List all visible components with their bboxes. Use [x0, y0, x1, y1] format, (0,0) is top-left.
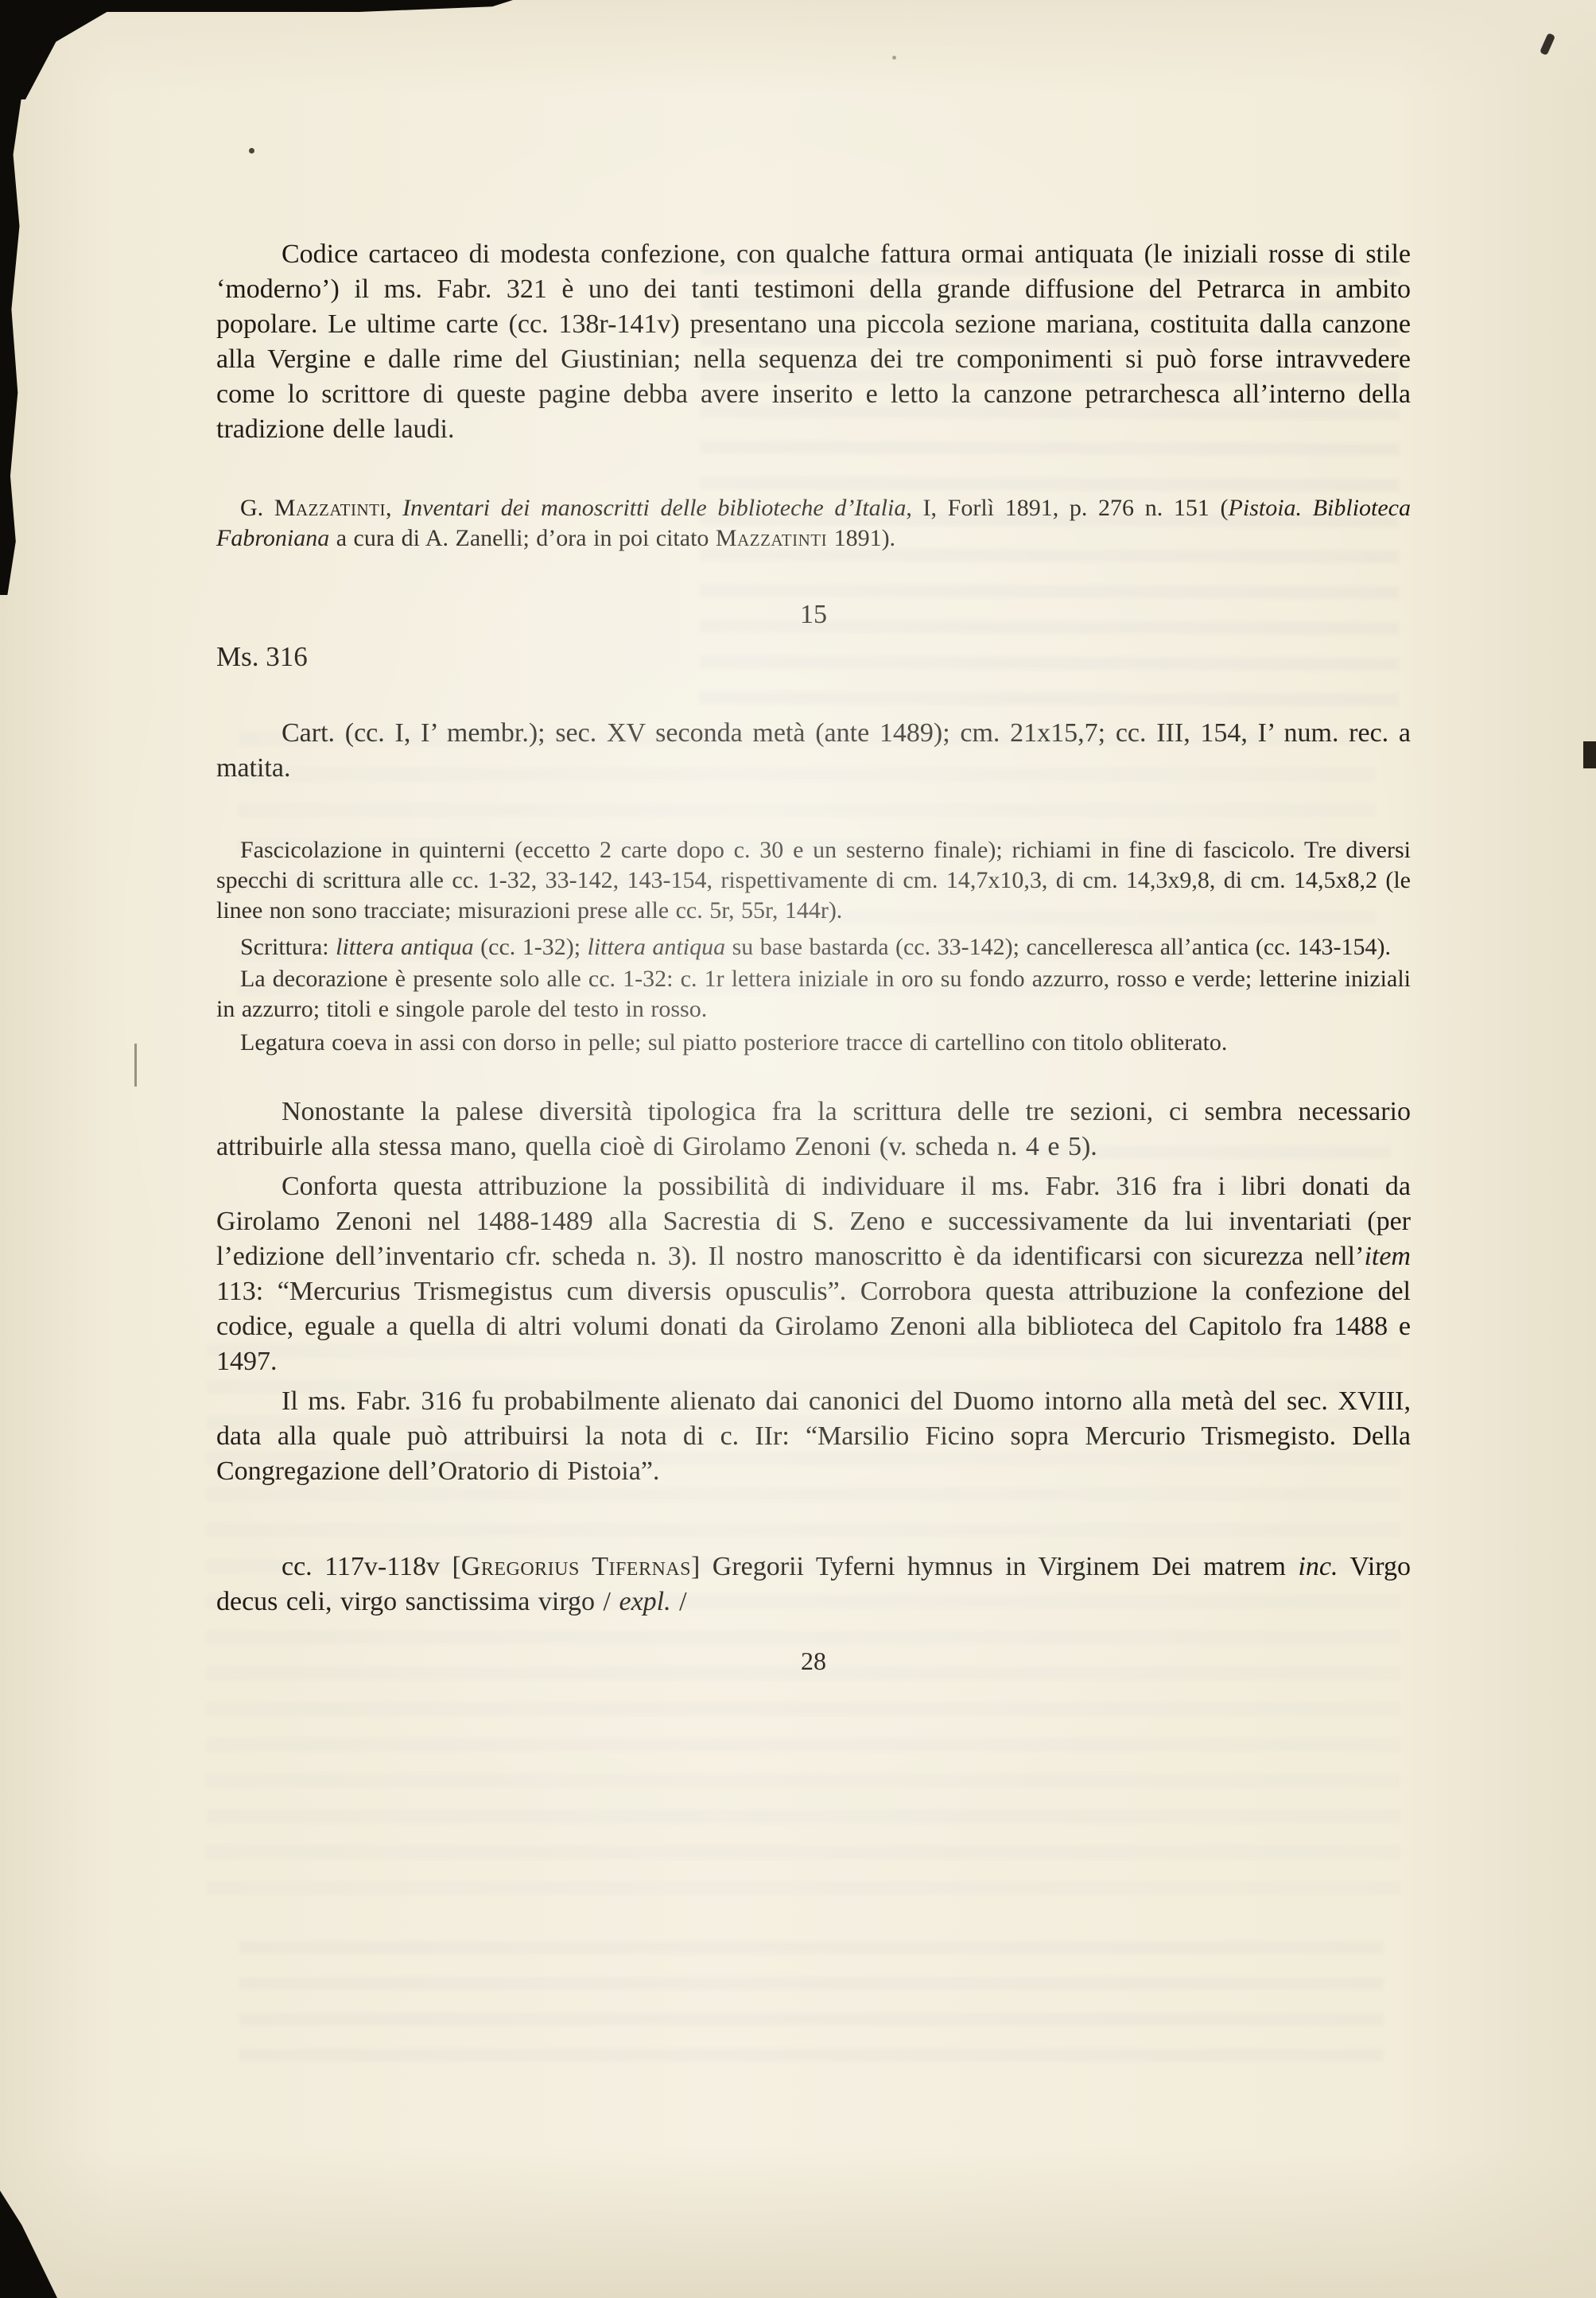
paragraph-intro: Codice cartaceo di modesta confezione, c… [216, 237, 1411, 447]
paragraph-script: Scrittura: littera antiqua (cc. 1-32); l… [216, 932, 1411, 962]
paragraph-provenance: Conforta questa attribuzione la possibil… [216, 1169, 1411, 1379]
paragraph-material-description: Cart. (cc. I, I’ membr.); sec. XV second… [216, 716, 1411, 786]
paragraph-alienation: Il ms. Fabr. 316 fu probabilmente aliena… [216, 1384, 1411, 1489]
scan-mark-top-right [1540, 33, 1555, 56]
scan-corner-bottom-left [0, 2191, 57, 2298]
paragraph-decoration: La decorazione è presente solo alle cc. … [216, 964, 1411, 1025]
paragraph-collation: Fascicolazione in quinterni (eccetto 2 c… [216, 835, 1411, 926]
entry-number-heading: 15 [216, 600, 1411, 630]
manuscript-shelfmark: Ms. 316 [216, 641, 1411, 673]
page-number: 28 [216, 1647, 1411, 1676]
paragraph-binding: Legatura coeva in assi con dorso in pell… [216, 1028, 1411, 1058]
scan-speck [134, 1044, 137, 1087]
paragraph-content-item: cc. 117v-118v [Gregorius Tifernas] Grego… [216, 1549, 1411, 1619]
scanned-book-page: Codice cartaceo di modesta confezione, c… [0, 0, 1596, 2298]
paragraph-bibliography: G. Mazzatinti, Inventari dei manoscritti… [216, 493, 1411, 554]
text-block: Codice cartaceo di modesta confezione, c… [216, 0, 1411, 1676]
paragraph-attribution: Nonostante la palese diversità tipologic… [216, 1095, 1411, 1165]
scan-mark-right-edge [1583, 741, 1596, 768]
verso-bleedthrough [239, 1941, 1384, 2068]
scan-corner-top-left [0, 0, 127, 99]
